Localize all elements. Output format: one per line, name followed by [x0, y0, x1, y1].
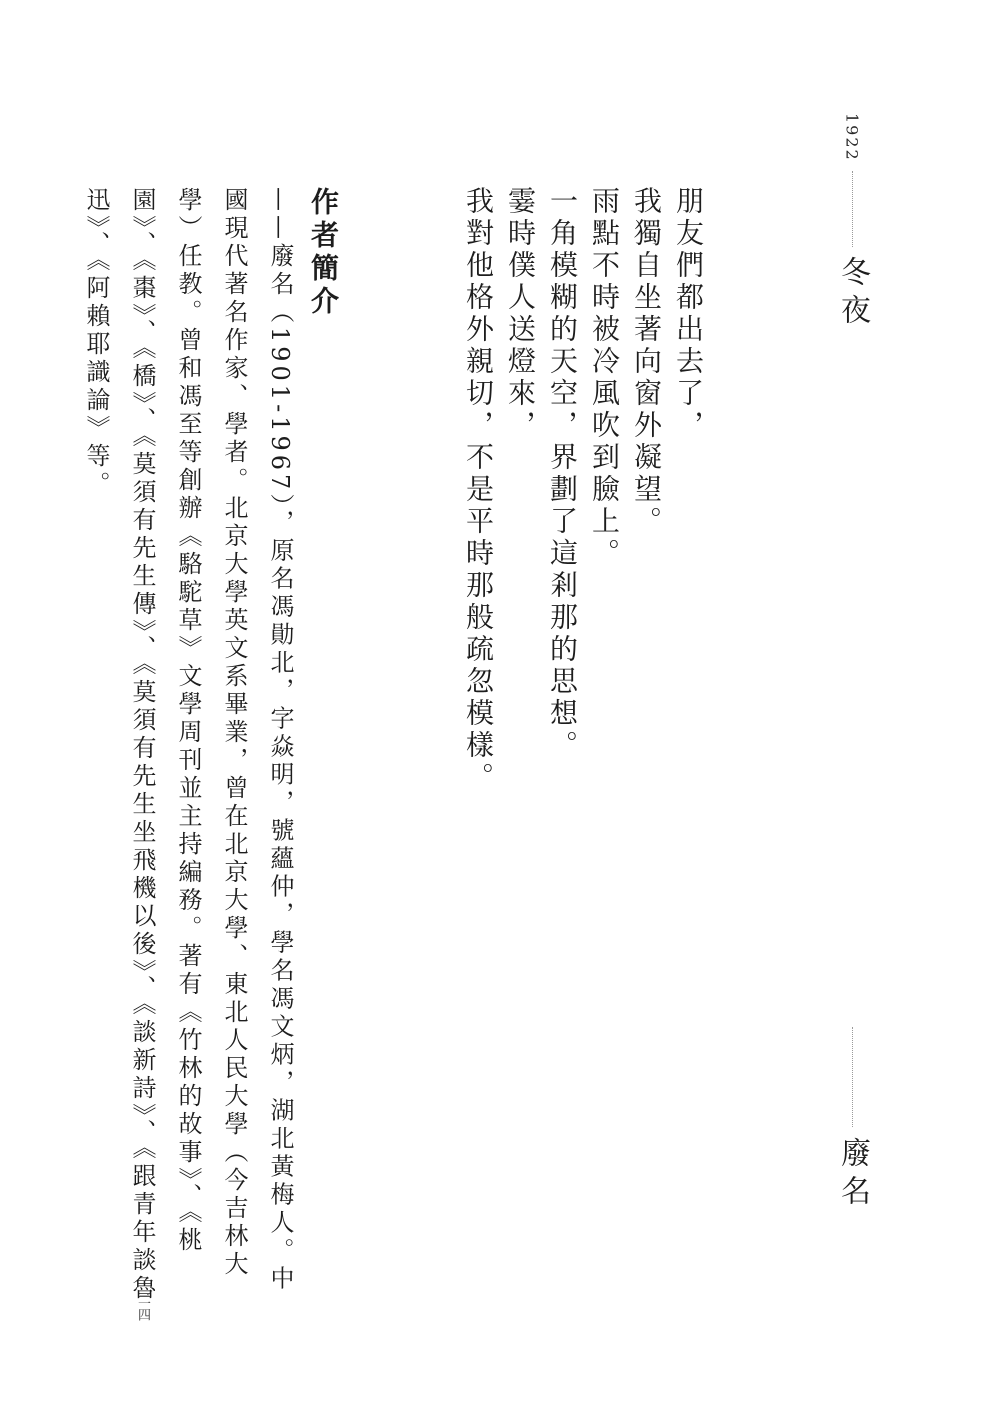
author-bio-heading: 作者簡介 [303, 187, 343, 1312]
author-name: 廢名 [830, 1137, 874, 1213]
poem-line: 一角模糊的天空，界劃了這剎那的思想。 [541, 186, 583, 1306]
margin-strip: 1922 冬夜 廢名 [832, 113, 872, 1213]
poem-line: 朋友們都出去了， [667, 186, 709, 1306]
poem-body: 朋友們都出去了， 我獨自坐著向窗外凝望。 雨點不時被冷風吹到臉上。 一角模糊的天… [457, 186, 709, 1306]
poem-title: 冬夜 [830, 256, 874, 332]
page-number: 二四 [133, 1292, 152, 1324]
poem-line: 霎時僕人送燈來， [499, 186, 541, 1306]
dotted-rule-bottom [852, 1027, 853, 1127]
running-head-year: 1922 [843, 113, 862, 162]
dotted-rule-top [852, 171, 853, 247]
poem-line: 我對他格外親切，不是平時那般疏忽模樣。 [457, 186, 499, 1306]
poem-line: 雨點不時被冷風吹到臉上。 [583, 186, 625, 1306]
poem-line: 我獨自坐著向窗外凝望。 [625, 186, 667, 1306]
author-bio-text: ——廢名（1901-1967），原名馮勛北，字焱明，號蘊仲，學名馮文炳，湖北黃梅… [73, 187, 303, 1312]
author-bio-section: 作者簡介 ——廢名（1901-1967），原名馮勛北，字焱明，號蘊仲，學名馮文炳… [73, 187, 343, 1312]
